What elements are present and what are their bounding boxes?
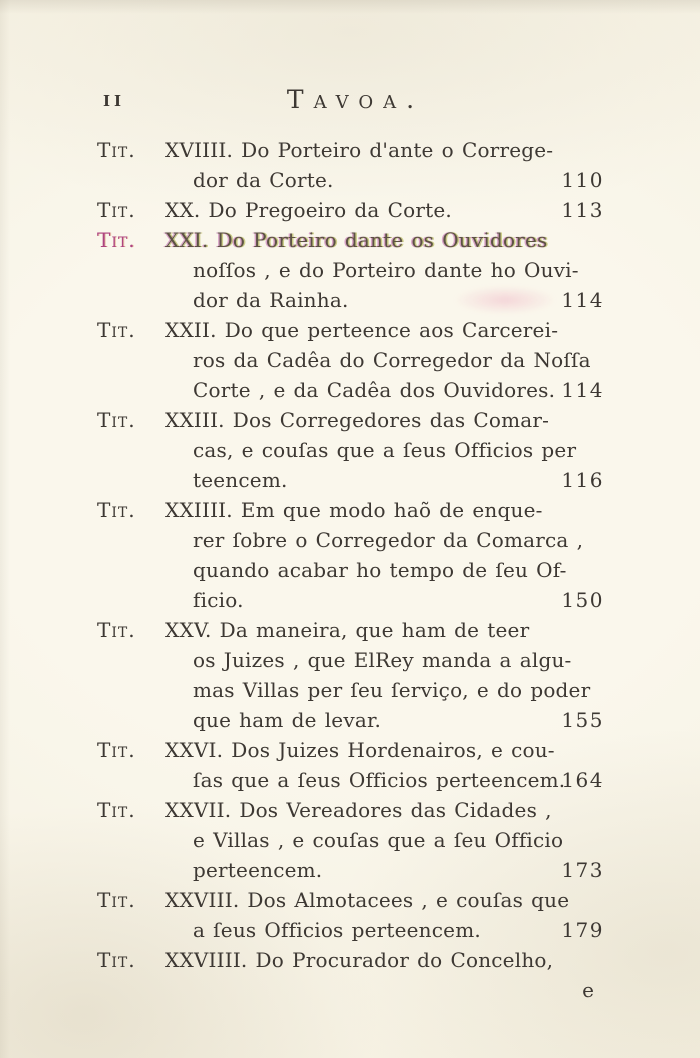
toc-entry-text: ficio. <box>193 588 244 612</box>
toc-entry-text: ros da Cadêa do Corregedor da Noſſa <box>193 348 591 372</box>
tit-label: Tit. <box>97 195 165 225</box>
page-title: Tavoa. <box>97 85 604 114</box>
tit-label: Tit. <box>97 495 165 525</box>
tit-label: Tit. <box>97 615 165 645</box>
toc-entry-text: rer ſobre o Corregedor da Comarca , <box>193 528 583 552</box>
toc-entry-line: cas, e couſas que a ſeus Officios per <box>97 435 604 465</box>
toc-entry-line: teencem.116 <box>97 465 604 495</box>
running-head: II Tavoa. <box>97 85 604 113</box>
toc-entry-text: e Villas , e couſas que a ſeu Officio <box>193 828 563 852</box>
toc-entry-line: a ſeus Officios perteencem.179 <box>97 915 604 945</box>
toc-entry-line: Tit.XXII. Do que perteence aos Carcerei- <box>97 315 604 345</box>
toc-entry-text: noſſos , e do Porteiro dante ho Ouvi- <box>193 258 579 282</box>
toc-entry-text: XXI. Do Porteiro dante os Ouvidores <box>165 228 547 252</box>
toc-entry-line: dor da Rainha.114 <box>97 285 604 315</box>
page-number: 179 <box>561 915 604 945</box>
toc-entry-text: os Juizes , que ElRey manda a algu- <box>193 648 572 672</box>
toc-entry-line: perteencem.173 <box>97 855 604 885</box>
folio-number: II <box>103 92 125 110</box>
toc-entry: Tit.XXVI. Dos Juizes Hordenairos, e cou-… <box>97 735 604 795</box>
toc-entry-line: Tit.XXIII. Dos Corregedores das Comar- <box>97 405 604 435</box>
toc-entry-text: cas, e couſas que a ſeus Officios per <box>193 438 576 462</box>
page-number: 114 <box>561 375 604 405</box>
toc-entry-text: mas Villas per ſeu ſerviço, e do poder <box>193 678 590 702</box>
page-number: 110 <box>561 165 604 195</box>
tit-label: Tit. <box>97 735 165 765</box>
page-number: 173 <box>561 855 604 885</box>
toc-entry-line: mas Villas per ſeu ſerviço, e do poder <box>97 675 604 705</box>
toc-entry-line: Tit.XXVIII. Dos Almotacees , e couſas qu… <box>97 885 604 915</box>
tit-label: Tit. <box>97 795 165 825</box>
toc-entry-line: ficio.150 <box>97 585 604 615</box>
toc-entry-line: Tit.XXVI. Dos Juizes Hordenairos, e cou- <box>97 735 604 765</box>
toc-entry: Tit.XXVIII. Dos Almotacees , e couſas qu… <box>97 885 604 945</box>
toc-entry-text: XXV. Da maneira, que ham de teer <box>165 618 529 642</box>
page-number: 164 <box>561 765 604 795</box>
toc-entry-text: a ſeus Officios perteencem. <box>193 918 481 942</box>
toc-entry-text: XXVI. Dos Juizes Hordenairos, e cou- <box>165 738 555 762</box>
toc-entry-line: e Villas , e couſas que a ſeu Officio <box>97 825 604 855</box>
toc-entry-line: ros da Cadêa do Corregedor da Noſſa <box>97 345 604 375</box>
toc-entry-line: rer ſobre o Corregedor da Comarca , <box>97 525 604 555</box>
toc-entry-text: XXIIII. Em que modo haõ de enque- <box>165 498 543 522</box>
page-number: 116 <box>561 465 604 495</box>
toc-entry: Tit.XXVIIII. Do Procurador do Concelho, <box>97 945 604 975</box>
toc-entry-text: quando acabar ho tempo de ſeu Of- <box>193 558 567 582</box>
toc-entry-line: que ham de levar.155 <box>97 705 604 735</box>
toc-entry-text: XX. Do Pregoeiro da Corte. <box>165 198 452 222</box>
page-number: 113 <box>561 195 604 225</box>
toc-entry: Tit.XXI. Do Porteiro dante os Ouvidoresn… <box>97 225 604 315</box>
toc-entry-line: noſſos , e do Porteiro dante ho Ouvi- <box>97 255 604 285</box>
tit-label: Tit. <box>97 945 165 975</box>
toc-entry-line: dor da Corte.110 <box>97 165 604 195</box>
toc-entry-line: ſas que a ſeus Officios perteencem.164 <box>97 765 604 795</box>
book-page: II Tavoa. Tit.XVIIII. Do Porteiro d'ante… <box>0 0 700 1058</box>
page-number: 155 <box>561 705 604 735</box>
toc-entry-line: Corte , e da Cadêa dos Ouvidores.114 <box>97 375 604 405</box>
toc-entry-text: XVIIII. Do Porteiro d'ante o Correge- <box>165 138 553 162</box>
toc-entry: Tit.XX. Do Pregoeiro da Corte.113 <box>97 195 604 225</box>
toc-entry-line: quando acabar ho tempo de ſeu Of- <box>97 555 604 585</box>
toc-entry-line: Tit.XX. Do Pregoeiro da Corte.113 <box>97 195 604 225</box>
toc-entry-line: Tit.XXV. Da maneira, que ham de teer <box>97 615 604 645</box>
toc-entry-line: Tit.XXI. Do Porteiro dante os Ouvidores <box>97 225 604 255</box>
toc-entry: Tit.XVIIII. Do Porteiro d'ante o Correge… <box>97 135 604 195</box>
toc-entry: Tit.XXIIII. Em que modo haõ de enque-rer… <box>97 495 604 615</box>
toc-entry-text: dor da Corte. <box>193 168 334 192</box>
tit-label: Tit. <box>97 225 165 255</box>
text-block: II Tavoa. Tit.XVIIII. Do Porteiro d'ante… <box>97 85 604 1005</box>
tit-label: Tit. <box>97 315 165 345</box>
toc-entry-line: Tit.XXVII. Dos Vereadores das Cidades , <box>97 795 604 825</box>
toc-entry: Tit.XXV. Da maneira, que ham de teeros J… <box>97 615 604 735</box>
toc-entry-text: dor da Rainha. <box>193 288 349 312</box>
toc-entry: Tit.XXIII. Dos Corregedores das Comar-ca… <box>97 405 604 495</box>
toc-entry-text: XXVII. Dos Vereadores das Cidades , <box>165 798 552 822</box>
toc-entry-text: perteencem. <box>193 858 322 882</box>
catchword: e <box>582 978 594 1002</box>
toc-entry-line: Tit.XVIIII. Do Porteiro d'ante o Correge… <box>97 135 604 165</box>
tit-label: Tit. <box>97 885 165 915</box>
toc-entry-text: XXVIII. Dos Almotacees , e couſas que <box>165 888 569 912</box>
page-number: 150 <box>561 585 604 615</box>
toc-entry-text: XXVIIII. Do Procurador do Concelho, <box>165 948 553 972</box>
toc-entry-line: Tit.XXIIII. Em que modo haõ de enque- <box>97 495 604 525</box>
toc-entry-text: ſas que a ſeus Officios perteencem. <box>193 768 565 792</box>
catchword-row: e <box>97 975 604 1005</box>
tit-label: Tit. <box>97 135 165 165</box>
toc-entry-text: teencem. <box>193 468 288 492</box>
toc-entry: Tit.XXVII. Dos Vereadores das Cidades ,e… <box>97 795 604 885</box>
toc-entry-line: os Juizes , que ElRey manda a algu- <box>97 645 604 675</box>
toc-entry-text: que ham de levar. <box>193 708 381 732</box>
toc-entry: Tit.XXII. Do que perteence aos Carcerei-… <box>97 315 604 405</box>
toc-entry-text: Corte , e da Cadêa dos Ouvidores. <box>193 378 555 402</box>
tit-label: Tit. <box>97 405 165 435</box>
page-number: 114 <box>561 285 604 315</box>
toc-entry-text: XXII. Do que perteence aos Carcerei- <box>165 318 558 342</box>
toc-entry-text: XXIII. Dos Corregedores das Comar- <box>165 408 549 432</box>
toc-entries: Tit.XVIIII. Do Porteiro d'ante o Correge… <box>97 135 604 975</box>
toc-entry-line: Tit.XXVIIII. Do Procurador do Concelho, <box>97 945 604 975</box>
